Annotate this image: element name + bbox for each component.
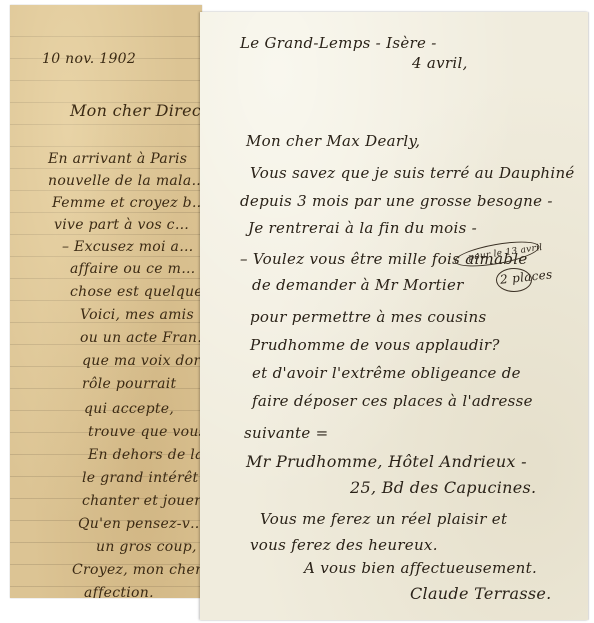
address-street: 25, Bd des Capucines.	[350, 478, 536, 497]
front-letter-line: de demander à Mr Mortier	[252, 276, 464, 294]
back-letter-line: En arrivant à Paris	[48, 151, 187, 167]
back-letter-line: Croyez, mon cher A…	[72, 562, 200, 578]
front-letter-salutation: Mon cher Max Dearly,	[246, 132, 420, 150]
front-letter-date: 4 avril,	[412, 54, 468, 72]
back-letter-line: trouve que vous	[88, 424, 200, 440]
front-letter-line: Vous savez que je suis terré au Dauphiné	[250, 164, 575, 182]
back-letter-page: 10 nov. 1902 Mon cher Direct… En arrivan…	[10, 5, 202, 598]
back-letter-line: ou un acte Fran…	[80, 330, 200, 346]
back-letter-line: un gros coup,	[96, 539, 197, 555]
back-letter-line: le grand intérêt …	[82, 470, 200, 486]
front-letter-line: pour permettre à mes cousins	[250, 308, 486, 326]
front-letter-place: Le Grand-Lemps - Isère -	[240, 34, 437, 52]
back-letter-line: rôle pourrait	[82, 376, 176, 392]
closing-line: Vous me ferez un réel plaisir et	[260, 510, 507, 528]
back-letter-line: – Excusez moi a…	[62, 239, 194, 255]
front-letter-page: Le Grand-Lemps - Isère - 4 avril, Mon ch…	[200, 12, 588, 620]
back-letter-line: vive part à vos c…	[54, 217, 189, 233]
back-letter-date: 10 nov. 1902	[42, 51, 136, 67]
closing-line: vous ferez des heureux.	[250, 536, 438, 554]
front-letter-line: faire déposer ces places à l'adresse	[252, 392, 533, 410]
address-name: Mr Prudhomme, Hôtel Andrieux -	[246, 452, 527, 471]
back-letter-line: Femme et croyez b…	[52, 195, 200, 211]
closing-line: A vous bien affectueusement.	[304, 559, 537, 577]
back-letter-text-area: 10 nov. 1902 Mon cher Direct… En arrivan…	[10, 5, 200, 598]
back-letter-line: que ma voix dort…	[82, 353, 200, 369]
back-letter-line: affaire ou ce m…	[70, 261, 196, 277]
front-letter-line: Prudhomme de vous applaudir?	[250, 336, 500, 354]
front-letter-line: suivante =	[244, 424, 328, 442]
front-letter-line: et d'avoir l'extrême obligeance de	[252, 364, 521, 382]
back-letter-salutation: Mon cher Direct…	[70, 101, 200, 120]
back-letter-line: chanter et jouer	[82, 493, 200, 509]
back-letter-line: Voici, mes amis …	[80, 307, 200, 323]
back-letter-line: Qu'en pensez-v…	[78, 516, 200, 532]
back-letter-line: En dehors de la …	[88, 447, 200, 463]
annotation-circle	[496, 268, 532, 292]
signature: Claude Terrasse.	[410, 584, 552, 603]
back-letter-line: qui accepte,	[84, 401, 174, 417]
front-letter-line: depuis 3 mois par une grosse besogne -	[240, 192, 553, 210]
back-letter-line: nouvelle de la mala…	[48, 173, 200, 189]
front-letter-line: Je rentrerai à la fin du mois -	[248, 219, 477, 237]
back-letter-line: affection.	[84, 585, 154, 598]
back-letter-line: chose est quelque	[70, 284, 200, 300]
